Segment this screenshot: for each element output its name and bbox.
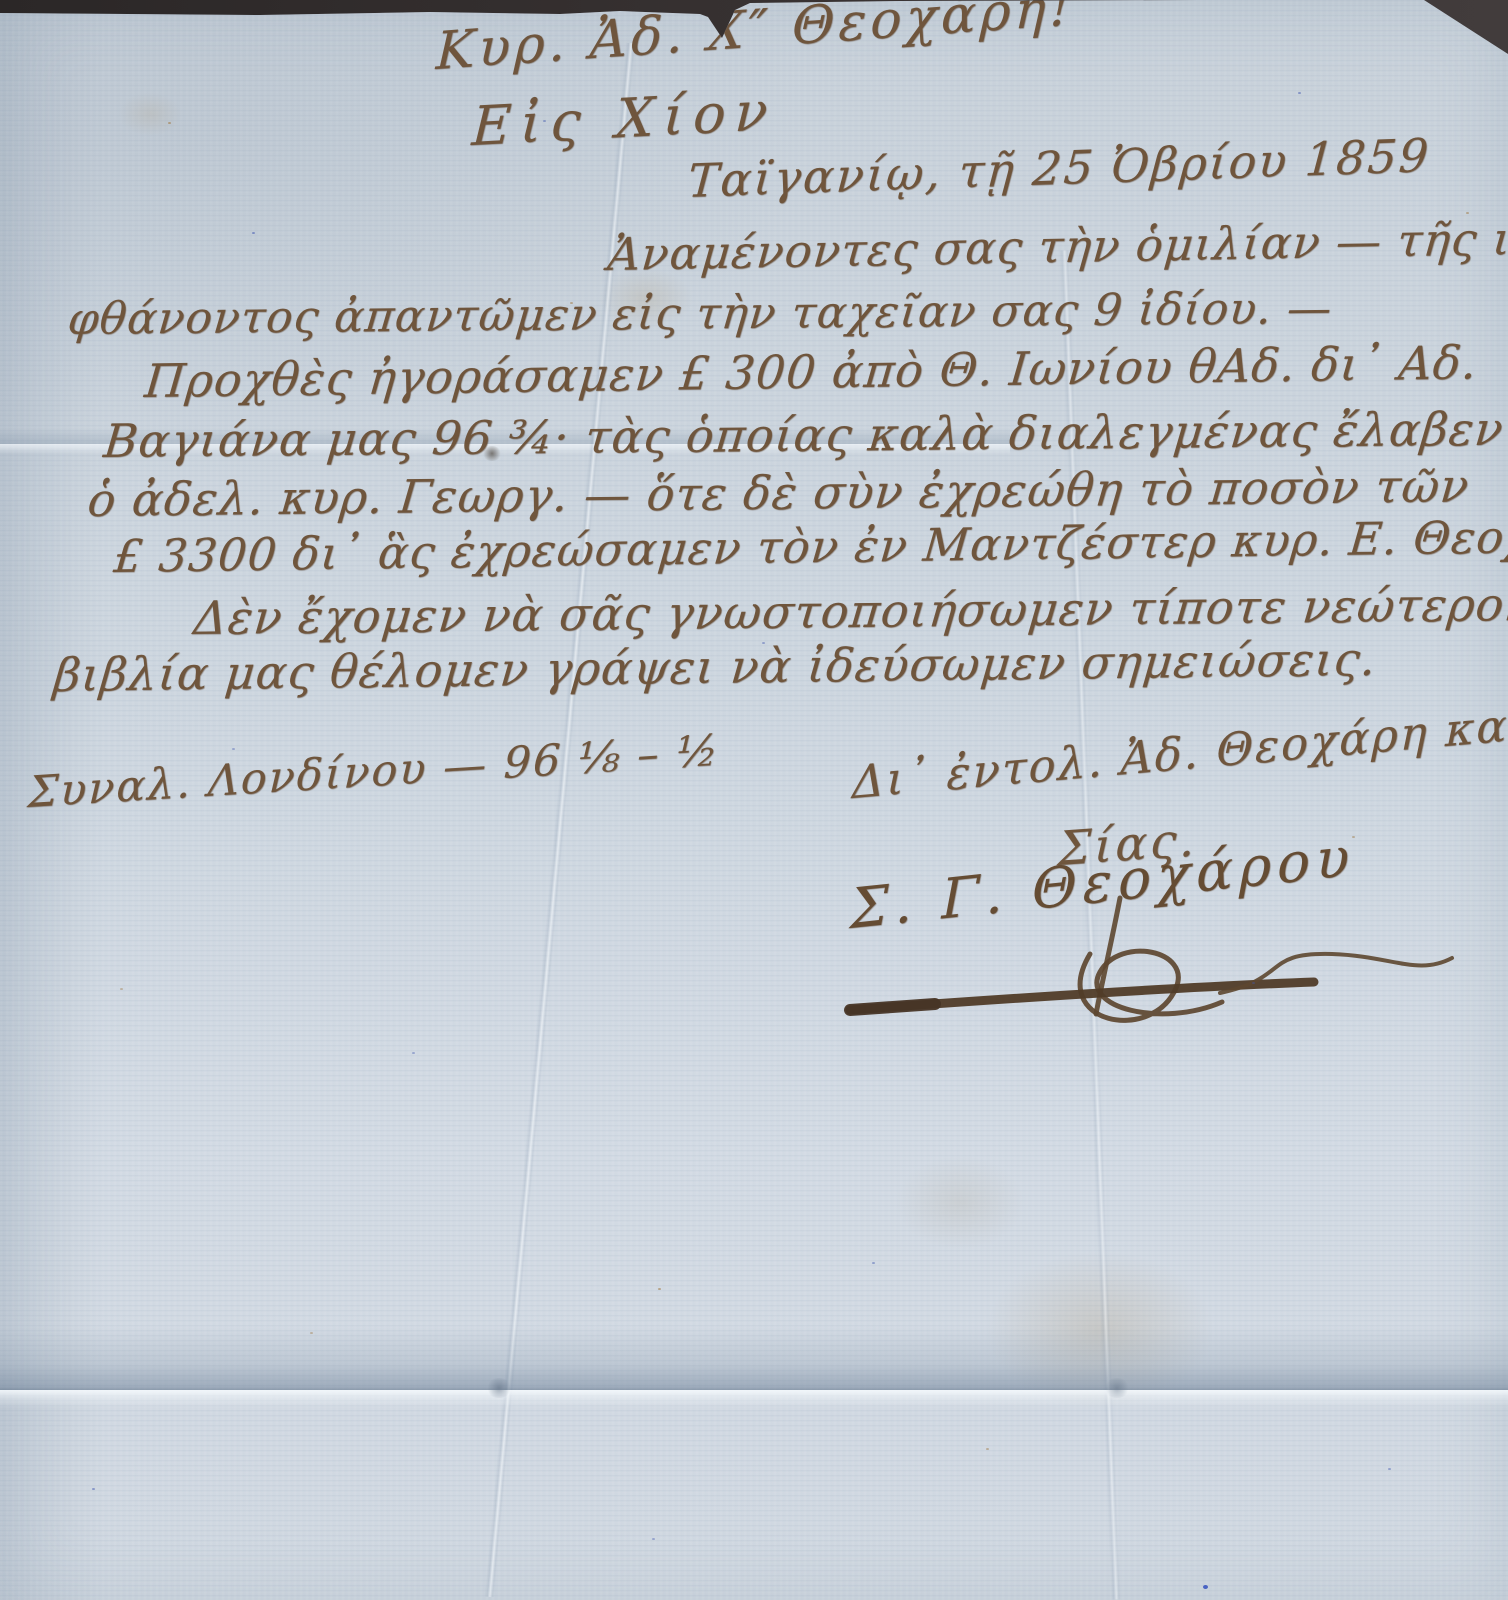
body-line: Ἀναμένοντες σας τὴν ὁμιλίαν — τῆς ιδ — [606, 216, 1508, 277]
letter-paper: Κυρ. Ἀδ. Χ″ Θεοχάρη! Εἰς Χίον Ταϊγανίῳ, … — [0, 0, 1508, 1600]
scan-background: Κυρ. Ἀδ. Χ″ Θεοχάρη! Εἰς Χίον Ταϊγανίῳ, … — [0, 0, 1508, 1600]
addressee-line: Κυρ. Ἀδ. Χ″ Θεοχάρη! — [435, 0, 1075, 78]
exchange-rate-note: Συναλ. Λονδίνου — 96 ⅛ – ½ — [27, 730, 721, 816]
body-line: Βαγιάνα μας 96 ¾· τὰς ὁποίας καλὰ διαλεγ… — [102, 406, 1506, 464]
paper-specks-brown — [0, 0, 3, 2]
body-line: βιβλία μας θέλομεν γράψει νὰ ἰδεύσωμεν σ… — [52, 636, 1379, 698]
body-line: φθάνοντος ἀπαντῶμεν εἰς τὴν ταχεῖαν σας … — [66, 287, 1334, 342]
body-line: Προχθὲς ἠγοράσαμεν £ 300 ἀπὸ Θ. Ιωνίου θ… — [143, 339, 1480, 404]
place-line: Εἰς Χίον — [471, 84, 778, 154]
stain — [118, 92, 182, 136]
closing-line: Δι᾽ ἐντολ. Ἀδ. Θεοχάρη καὶ — [852, 701, 1508, 805]
dateline: Ταϊγανίῳ, τῇ 25 Ὀβρίου 1859 — [686, 132, 1431, 204]
fold-crease-horizontal-main-highlight — [0, 1390, 1508, 1408]
fold-crease-horizontal-main — [0, 1326, 1508, 1390]
paper-specks-blue — [0, 0, 3, 2]
stain — [895, 1155, 1025, 1250]
